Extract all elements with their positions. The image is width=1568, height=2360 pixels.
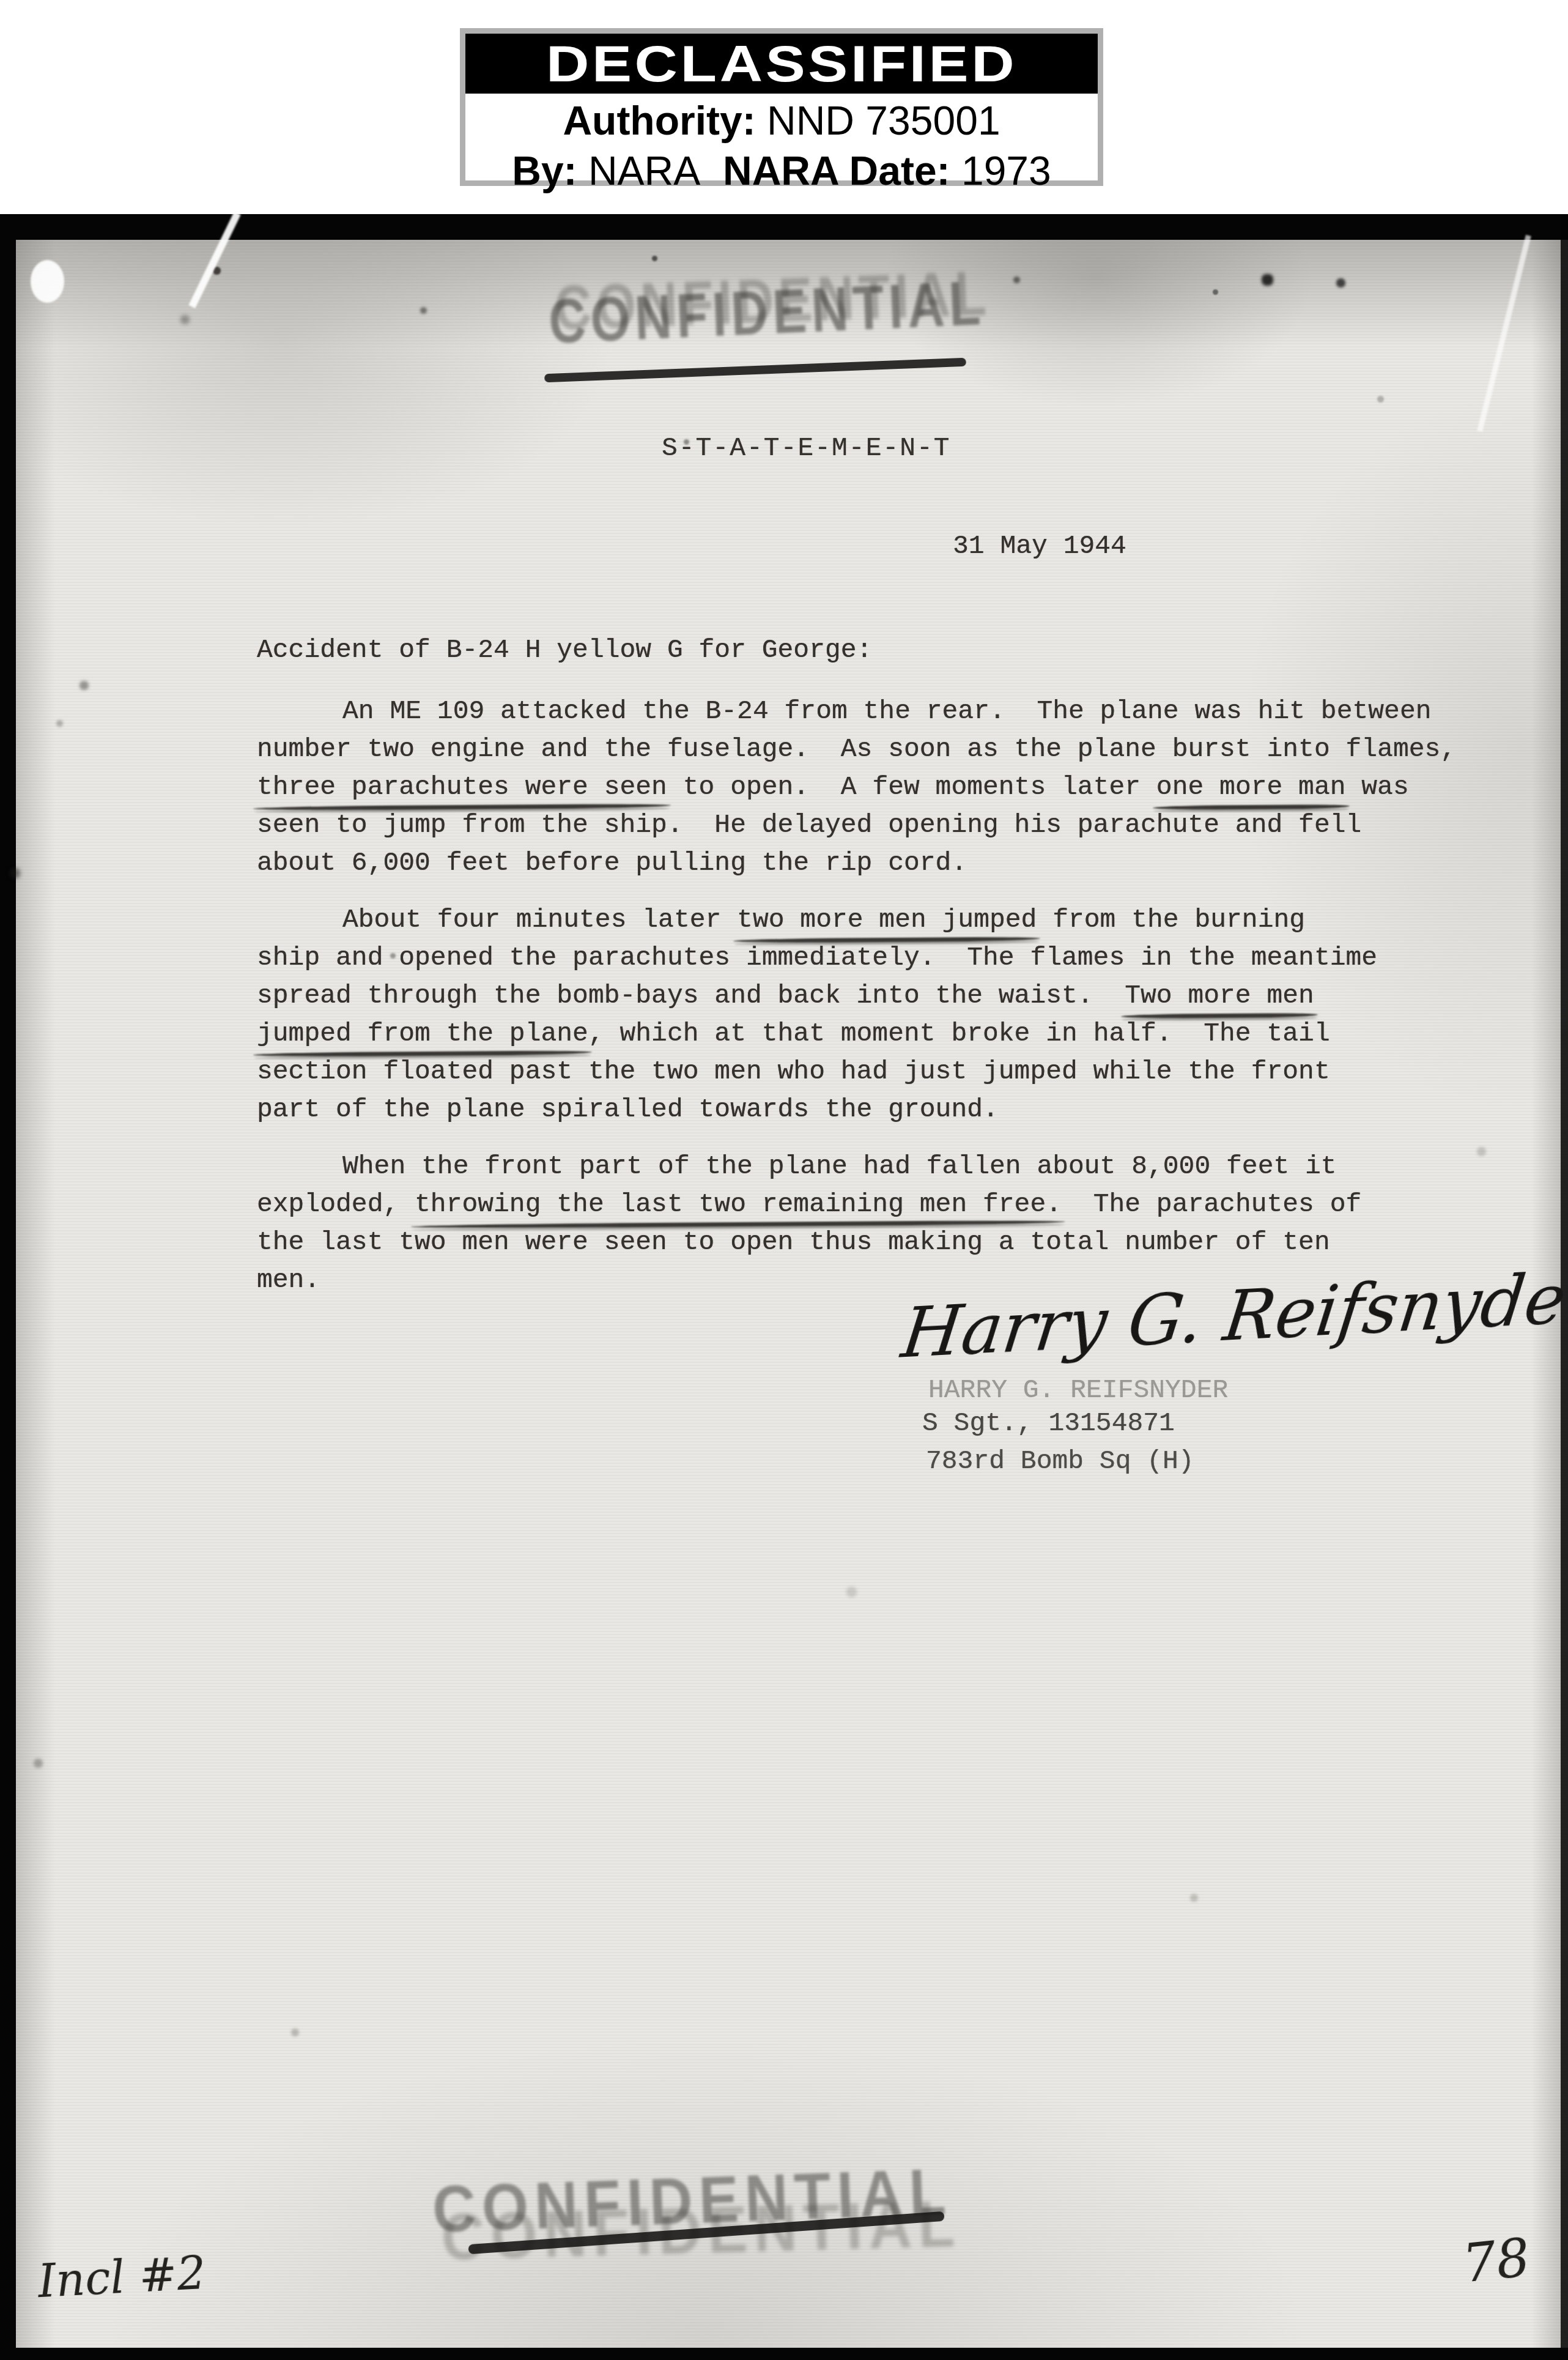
typed-text: seen to jump from the ship. He delayed o…	[257, 810, 1361, 840]
signature-typed-name: HARRY G. REIFSNYDER	[928, 1375, 1228, 1405]
stamp-strike-line-top	[544, 358, 966, 382]
underlined-phrase: jumped from the plane	[257, 1019, 588, 1048]
paper-scratch	[31, 260, 64, 303]
document-date: 31 May 1944	[953, 531, 1126, 561]
declassified-title: DECLASSIFIED	[546, 34, 1017, 94]
typed-line: about 6,000 feet before pulling the rip …	[257, 844, 1541, 882]
underlined-phrase: one more man	[1156, 772, 1346, 802]
typed-text: the last two men were seen to open thus …	[257, 1227, 1330, 1257]
typed-line: spread through the bomb-bays and back in…	[257, 977, 1541, 1015]
scan-edge-left	[0, 214, 16, 2360]
scanned-document: CONFIDENTIAL CONFIDENTIAL S-T-A-T-E-M-E-…	[0, 214, 1568, 2360]
typed-line: seen to jump from the ship. He delayed o…	[257, 806, 1541, 844]
typed-text: The parachutes of	[1062, 1189, 1361, 1219]
paragraph: About four minutes later two more men ju…	[257, 901, 1541, 1129]
declassified-title-bar: DECLASSIFIED	[465, 34, 1098, 94]
scan-edge-bottom	[0, 2348, 1568, 2360]
by-label: By:	[512, 148, 577, 193]
typed-text: men.	[257, 1265, 320, 1295]
typed-text: An ME 109 attacked the B-24 from the rea…	[342, 696, 1432, 726]
statement-heading: S-T-A-T-E-M-E-N-T	[662, 433, 951, 463]
authority-value: NND 735001	[767, 98, 1000, 143]
nara-date-value: 1973	[961, 148, 1051, 193]
paper-scratch	[1477, 235, 1531, 432]
typed-text: to open. A few moments later	[667, 772, 1156, 802]
typed-line: ship and opened the parachutes immediate…	[257, 939, 1541, 977]
signature-rank-serial: S Sgt., 13154871	[922, 1408, 1175, 1438]
typed-line: part of the plane spiralled towards the …	[257, 1091, 1541, 1129]
typed-line: An ME 109 attacked the B-24 from the rea…	[257, 692, 1541, 730]
typed-line: three parachutes were seen to open. A fe…	[257, 768, 1541, 806]
document-page: DECLASSIFIED Authority: NND 735001 By: N…	[0, 0, 1568, 2360]
typed-line: section floated past the two men who had…	[257, 1053, 1541, 1091]
enclosure-note: Incl #2	[37, 2247, 207, 2308]
subject-line: Accident of B-24 H yellow G for George:	[257, 635, 872, 665]
typed-text: About four minutes later	[342, 905, 737, 935]
page-number: 78	[1460, 2227, 1533, 2295]
typed-text: about 6,000 feet before pulling the rip …	[257, 848, 967, 878]
typed-line: exploded, throwing the last two remainin…	[257, 1186, 1541, 1223]
typed-text: section floated past the two men who had…	[257, 1056, 1330, 1086]
typed-text: exploded,	[257, 1189, 415, 1219]
statement-paragraphs: An ME 109 attacked the B-24 from the rea…	[257, 692, 1541, 1318]
paragraph: An ME 109 attacked the B-24 from the rea…	[257, 692, 1541, 882]
typed-line: About four minutes later two more men ju…	[257, 901, 1541, 939]
typed-text: from the burning	[1037, 905, 1305, 935]
typed-text: spread through the bomb-bays and back in…	[257, 981, 1125, 1011]
typed-text: , which at that moment broke in half. Th…	[588, 1019, 1330, 1048]
declassified-banner: DECLASSIFIED Authority: NND 735001 By: N…	[460, 28, 1103, 186]
typed-text: ship and opened the parachutes immediate…	[257, 943, 1377, 973]
typed-text: number two engine and the fuselage. As s…	[257, 734, 1456, 764]
authority-line: Authority: NND 735001	[465, 97, 1098, 144]
typed-text: was	[1346, 772, 1409, 802]
typed-text: part of the plane spiralled towards the …	[257, 1094, 999, 1124]
typed-line: jumped from the plane, which at that mom…	[257, 1015, 1541, 1053]
typed-line: number two engine and the fuselage. As s…	[257, 730, 1541, 768]
typed-text: When the front part of the plane had fal…	[342, 1151, 1337, 1181]
by-value: NARA	[588, 148, 700, 193]
underlined-phrase: throwing the last two remaining men free…	[415, 1189, 1062, 1219]
underlined-phrase: two more men jumped	[737, 905, 1037, 935]
nara-date-label: NARA Date:	[723, 148, 950, 193]
signature-unit: 783rd Bomb Sq (H)	[926, 1446, 1194, 1476]
underlined-phrase: three parachutes were seen	[257, 772, 667, 802]
typed-line: When the front part of the plane had fal…	[257, 1148, 1541, 1186]
typed-line: the last two men were seen to open thus …	[257, 1223, 1541, 1261]
authority-label: Authority:	[563, 98, 755, 143]
paper-specks	[0, 214, 3, 217]
by-date-line: By: NARA NARA Date: 1973	[465, 147, 1098, 194]
underlined-phrase: Two more men	[1125, 981, 1314, 1011]
